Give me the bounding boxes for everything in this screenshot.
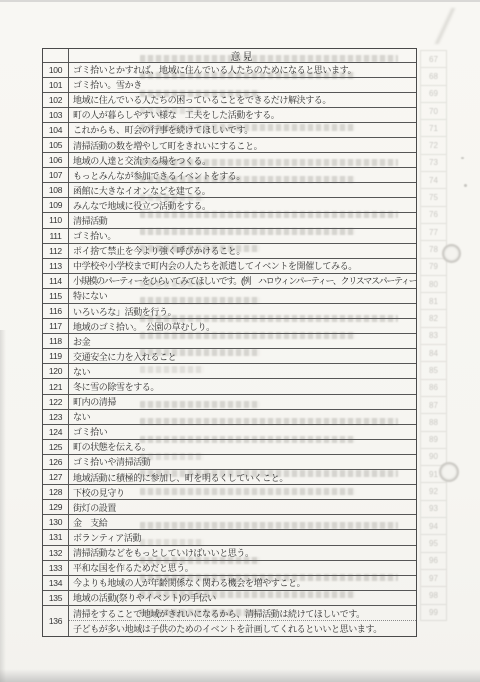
opinion-line: ゴミ拾いとかすれば、地域に住んでいる人たちのためになると思います。 [69,63,416,77]
opinion-line: 清掃をすることで地域がきれいになるから、清掃活動は続けてほしいです。 [69,606,416,622]
bleedthrough-row-number: 84 [420,344,447,361]
table-row: 134 今よりも地域の人が年齢関係なく関わる機会を増やすこと。 [43,576,416,591]
row-number: 132 [43,546,69,560]
opinion-line: これからも、町会の行事を続けてほしいです。 [69,123,416,137]
row-number: 112 [43,244,69,258]
row-opinion: ゴミ拾い。 [69,229,416,243]
bleedthrough-row-number: 95 [420,534,447,551]
scan-edge-left [0,330,6,682]
table-row: 136 清掃をすることで地域がきれいになるから、清掃活動は続けてほしいです。子ど… [43,606,416,636]
bleedthrough-row-number: 86 [420,379,447,396]
row-opinion: 金 支給 [69,515,416,529]
bleedthrough-row-number: 99 [420,604,447,621]
table-row: 115 特にない [43,289,416,304]
row-opinion: 函館に大きなイオンなどを建てる。 [69,183,416,197]
row-opinion: 今よりも地域の人が年齢関係なく関わる機会を増やすこと。 [69,576,416,590]
bleedthrough-row-number: 82 [420,309,447,326]
row-opinion: 清掃活動などをもっとしていけばいいと思う。 [69,546,416,560]
row-number: 113 [43,259,69,273]
opinion-line: 子どもが多い地域は子供のためのイベントを計画してくれるといいと思います。 [69,621,416,636]
opinion-line: 特にない [69,289,416,303]
row-number: 127 [43,470,69,484]
bleedthrough-row-number: 72 [420,136,447,153]
opinion-line: 中学校や小学校まで町内会の人たちを派遣してイベントを開催してみる。 [69,259,416,273]
row-number: 130 [43,515,69,529]
row-number: 103 [43,108,69,122]
row-number: 117 [43,319,69,333]
row-number: 115 [43,289,69,303]
table-row: 120 ない [43,364,416,379]
row-opinion: 町の人が暮らしやすい様な 工夫をした活動をする。 [69,108,416,122]
table-row: 117 地域のゴミ拾い。 公園の草むしり。 [43,319,416,334]
row-opinion: もっとみんなが参加できるイベントをする。 [69,168,416,182]
opinion-line: 町の人が暮らしやすい様な 工夫をした活動をする。 [69,108,416,122]
table-row: 125 町の状態を伝える。 [43,440,416,455]
opinion-line: 地域の活動(祭りやイベント)の手伝い [69,591,416,605]
opinion-line: 下校の見守り [69,485,416,499]
bleedthrough-row-number: 96 [420,552,447,569]
opinion-line: 地域活動に積極的に参加し、町を明るくしていくこと。 [69,470,416,484]
punch-hole-shadow-bottom [439,462,459,482]
opinion-line: 平和な国を作るためだと思う。 [69,561,416,575]
row-opinion: ボランティア活動 [69,530,416,544]
row-opinion: ない [69,364,416,378]
row-number: 100 [43,63,69,77]
row-number: 124 [43,425,69,439]
table-row: 126 ゴミ拾いや清掃活動 [43,455,416,470]
table-row: 135 地域の活動(祭りやイベント)の手伝い [43,591,416,606]
bleedthrough-row-number: 68 [420,67,447,84]
bleedthrough-row-number: 98 [420,586,447,603]
scan-edge-bottom [0,669,480,682]
table-row: 100 ゴミ拾いとかすれば、地域に住んでいる人たちのためになると思います。 [43,63,416,78]
table-row: 109 みんなで地域に役立つ活動をする。 [43,198,416,213]
table-row: 122 町内の清掃 [43,395,416,410]
table-row: 112 ポイ捨て禁止を今より強く呼びかけること。 [43,244,416,259]
opinion-line: 清掃活動の数を増やして町をきれいにすること。 [69,138,416,152]
bleedthrough-row-number: 94 [420,517,447,534]
bleedthrough-row-number: 67 [420,50,447,67]
row-number: 133 [43,561,69,575]
row-number: 101 [43,78,69,92]
bleedthrough-row-number: 74 [420,171,447,188]
table-row: 124 ゴミ拾い [43,425,416,440]
scanned-survey-page: 67 68 69 70 71 72 73 74 [0,0,480,682]
bleedthrough-row-number: 73 [420,154,447,171]
opinion-line: 町内の清掃 [69,395,416,409]
row-number: 111 [43,229,69,243]
table-row: 123 ない [43,410,416,425]
bleedthrough-row-number: 93 [420,500,447,517]
row-opinion: 冬に雪の除雪をする。 [69,379,416,393]
row-opinion: 清掃活動の数を増やして町をきれいにすること。 [69,138,416,152]
bleedthrough-row-number: 79 [420,258,447,275]
bleedthrough-row-number: 70 [420,102,447,119]
opinion-line: ゴミ拾いや清掃活動 [69,455,416,469]
row-number: 118 [43,334,69,348]
row-opinion: 平和な国を作るためだと思う。 [69,561,416,575]
opinion-line: 清掃活動などをもっとしていけばいいと思う。 [69,546,416,560]
row-opinion: 街灯の設置 [69,500,416,514]
row-opinion: 町の状態を伝える。 [69,440,416,454]
row-number: 119 [43,349,69,363]
row-number: 110 [43,213,69,227]
opinion-line: ゴミ拾い。雪かき [69,78,416,92]
bleedthrough-row-number: 69 [420,85,447,102]
opinion-line: 金 支給 [69,515,416,529]
opinion-line: 冬に雪の除雪をする。 [69,379,416,393]
opinion-line: お金 [69,334,416,348]
table-row: 116 いろいろな」活動を行う。 [43,304,416,319]
row-number: 109 [43,198,69,212]
row-opinion: 特にない [69,289,416,303]
row-opinion: 地域のゴミ拾い。 公園の草むしり。 [69,319,416,333]
row-number: 134 [43,576,69,590]
row-opinion: これからも、町会の行事を続けてほしいです。 [69,123,416,137]
row-number: 126 [43,455,69,469]
table-row: 103 町の人が暮らしやすい様な 工夫をした活動をする。 [43,108,416,123]
table-row: 105 清掃活動の数を増やして町をきれいにすること。 [43,138,416,153]
row-opinion: 小規模のパーティーをひらいてみてほしいです。(例 ハロウィンパーティー、クリスマ… [69,274,416,288]
opinion-line: ポイ捨て禁止を今より強く呼びかけること。 [69,244,416,258]
table-row: 114 小規模のパーティーをひらいてみてほしいです。(例 ハロウィンパーティー、… [43,274,416,289]
row-number: 120 [43,364,69,378]
bleedthrough-row-number: 87 [420,396,447,413]
table-row: 121 冬に雪の除雪をする。 [43,379,416,394]
table-row: 130 金 支給 [43,515,416,530]
table-row: 132 清掃活動などをもっとしていけばいいと思う。 [43,546,416,561]
row-number: 135 [43,591,69,605]
row-opinion: 地域の人達と交流する場をつくる。 [69,153,416,167]
row-opinion: 地域の活動(祭りやイベント)の手伝い [69,591,416,605]
bleedthrough-row-number: 75 [420,188,447,205]
opinion-line: 交通安全に力を入れること [69,349,416,363]
opinion-line: 清掃活動 [69,213,416,227]
row-opinion: ない [69,410,416,424]
row-opinion: ゴミ拾いや清掃活動 [69,455,416,469]
opinion-line: ない [69,410,416,424]
row-opinion: 地域に住んでいる人たちの困っていることをできるだけ解決する。 [69,93,416,107]
table-header-row: 意見 [43,49,416,63]
row-opinion: ポイ捨て禁止を今より強く呼びかけること。 [69,244,416,258]
bleedthrough-row-number: 76 [420,206,447,223]
scan-edge-top [0,0,480,2]
opinion-line: 地域の人達と交流する場をつくる。 [69,153,416,167]
row-number: 107 [43,168,69,182]
opinion-line: ボランティア活動 [69,530,416,544]
row-number: 128 [43,485,69,499]
row-number: 122 [43,395,69,409]
row-number: 129 [43,500,69,514]
row-number: 121 [43,379,69,393]
row-opinion: 下校の見守り [69,485,416,499]
header-opinion-cell: 意見 [69,49,416,62]
opinion-line: 町の状態を伝える。 [69,440,416,454]
row-number: 106 [43,153,69,167]
table-row: 131 ボランティア活動 [43,530,416,545]
table-row: 129 街灯の設置 [43,500,416,515]
opinion-line: ない [69,364,416,378]
row-number: 104 [43,123,69,137]
row-opinion: ゴミ拾い。雪かき [69,78,416,92]
bleedthrough-row-number: 92 [420,482,447,499]
opinion-table: 意見 100 ゴミ拾いとかすれば、地域に住んでいる人たちのためになると思います。… [42,48,417,637]
table-row: 111 ゴミ拾い。 [43,229,416,244]
opinion-line: 函館に大きなイオンなどを建てる。 [69,183,416,197]
row-number: 116 [43,304,69,318]
scan-speck [461,157,464,159]
opinion-line: みんなで地域に役立つ活動をする。 [69,198,416,212]
row-number: 102 [43,93,69,107]
table-row: 113 中学校や小学校まで町内会の人たちを派遣してイベントを開催してみる。 [43,259,416,274]
table-row: 108 函館に大きなイオンなどを建てる。 [43,183,416,198]
punch-hole-shadow-top [442,244,461,263]
bleedthrough-row-number: 85 [420,361,447,378]
row-opinion: みんなで地域に役立つ活動をする。 [69,198,416,212]
row-number: 123 [43,410,69,424]
row-opinion: 清掃活動 [69,213,416,227]
row-opinion: 交通安全に力を入れること [69,349,416,363]
table-row: 127 地域活動に積極的に参加し、町を明るくしていくこと。 [43,470,416,485]
opinion-line: いろいろな」活動を行う。 [69,304,416,318]
bleedthrough-row-number: 97 [420,569,447,586]
row-opinion: 町内の清掃 [69,395,416,409]
opinion-line: もっとみんなが参加できるイベントをする。 [69,168,416,182]
row-opinion: 清掃をすることで地域がきれいになるから、清掃活動は続けてほしいです。子どもが多い… [69,606,416,636]
row-opinion: ゴミ拾いとかすれば、地域に住んでいる人たちのためになると思います。 [69,63,416,77]
opinion-line: 街灯の設置 [69,500,416,514]
row-number: 108 [43,183,69,197]
bleedthrough-row-number: 77 [420,223,447,240]
crease-mark [414,8,476,44]
table-row: 128 下校の見守り [43,485,416,500]
table-row: 104 これからも、町会の行事を続けてほしいです。 [43,123,416,138]
bleedthrough-row-number: 89 [420,431,447,448]
opinion-line: 今よりも地域の人が年齢関係なく関わる機会を増やすこと。 [69,576,416,590]
table-row: 107 もっとみんなが参加できるイベントをする。 [43,168,416,183]
table-row: 119 交通安全に力を入れること [43,349,416,364]
bleedthrough-row-number: 83 [420,327,447,344]
opinion-line: ゴミ拾い [69,425,416,439]
bleedthrough-row-number: 80 [420,275,447,292]
opinion-line: ゴミ拾い。 [69,229,416,243]
row-opinion: 中学校や小学校まで町内会の人たちを派遣してイベントを開催してみる。 [69,259,416,273]
header-number-cell [43,49,69,62]
row-opinion: ゴミ拾い [69,425,416,439]
table-row: 110 清掃活動 [43,213,416,228]
opinion-line: 地域に住んでいる人たちの困っていることをできるだけ解決する。 [69,93,416,107]
opinion-line: 小規模のパーティーをひらいてみてほしいです。(例 ハロウィンパーティー、クリスマ… [69,274,416,288]
row-number: 136 [43,606,69,636]
table-row: 106 地域の人達と交流する場をつくる。 [43,153,416,168]
bleedthrough-row-number: 71 [420,119,447,136]
table-row: 118 お金 [43,334,416,349]
row-number: 131 [43,530,69,544]
row-number: 114 [43,274,69,288]
table-row: 102 地域に住んでいる人たちの困っていることをできるだけ解決する。 [43,93,416,108]
opinion-line: 地域のゴミ拾い。 公園の草むしり。 [69,319,416,333]
scan-speck [464,184,467,187]
bleedthrough-row-number: 81 [420,292,447,309]
bleedthrough-row-number: 88 [420,413,447,430]
table-row: 101 ゴミ拾い。雪かき [43,78,416,93]
row-opinion: いろいろな」活動を行う。 [69,304,416,318]
row-opinion: お金 [69,334,416,348]
table-row: 133 平和な国を作るためだと思う。 [43,561,416,576]
opinion-table-body: 100 ゴミ拾いとかすれば、地域に住んでいる人たちのためになると思います。 10… [43,63,416,637]
row-number: 125 [43,440,69,454]
row-opinion: 地域活動に積極的に参加し、町を明るくしていくこと。 [69,470,416,484]
row-number: 105 [43,138,69,152]
